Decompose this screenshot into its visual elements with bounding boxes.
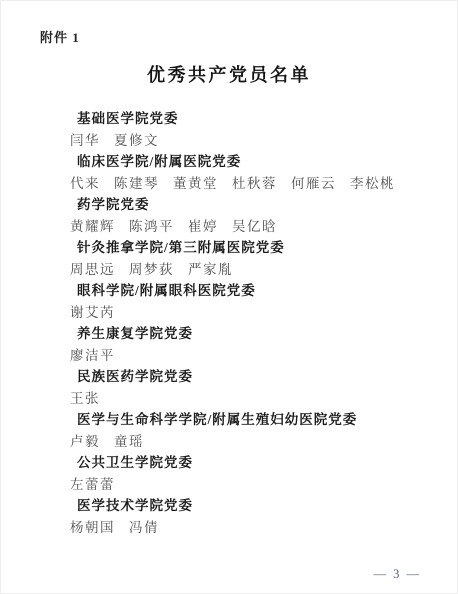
committee-section: 公共卫生学院党委 左蕾蕾 bbox=[0, 452, 458, 495]
committee-section: 临床医学院/附属医院党委 代来陈建琴董黄堂杜秋蓉何雁云李松桃 bbox=[0, 151, 458, 194]
member-names-row: 周思远周梦荻严家胤 bbox=[70, 259, 458, 281]
member-name: 周梦荻 bbox=[129, 262, 174, 277]
committee-section: 针灸推拿学院/第三附属医院党委 周思远周梦荻严家胤 bbox=[0, 237, 458, 280]
committee-heading: 眼科学院/附属眼科医院党委 bbox=[77, 280, 458, 302]
member-name: 李松桃 bbox=[350, 176, 395, 191]
member-name: 陈建琴 bbox=[114, 176, 159, 191]
committee-heading: 基础医学院党委 bbox=[77, 108, 458, 130]
member-names-row: 谢艾芮 bbox=[70, 302, 458, 324]
committee-section: 医学与生命科学学院/附属生殖妇幼医院党委 卢毅童瑶 bbox=[0, 409, 458, 452]
page-number: — 3 — bbox=[374, 567, 422, 582]
member-name: 代来 bbox=[70, 176, 100, 191]
member-name: 卢毅 bbox=[70, 434, 100, 449]
committee-heading: 民族医药学院党委 bbox=[77, 366, 458, 388]
committee-heading: 针灸推拿学院/第三附属医院党委 bbox=[77, 237, 458, 259]
committee-section: 眼科学院/附属眼科医院党委 谢艾芮 bbox=[0, 280, 458, 323]
member-name: 崔婷 bbox=[188, 219, 218, 234]
committee-section: 民族医药学院党委 王张 bbox=[0, 366, 458, 409]
member-name: 闫华 bbox=[70, 133, 100, 148]
member-name: 周思远 bbox=[70, 262, 115, 277]
member-name: 王张 bbox=[70, 391, 100, 406]
member-names-row: 廖洁平 bbox=[70, 345, 458, 367]
member-names-row: 黄耀辉陈鸿平崔婷吴亿晗 bbox=[70, 216, 458, 238]
member-name: 严家胤 bbox=[188, 262, 233, 277]
committee-heading: 临床医学院/附属医院党委 bbox=[77, 151, 458, 173]
member-names-row: 卢毅童瑶 bbox=[70, 431, 458, 453]
member-name: 谢艾芮 bbox=[70, 305, 115, 320]
committee-section: 基础医学院党委 闫华夏修文 bbox=[0, 108, 458, 151]
committee-heading: 医学与生命科学学院/附属生殖妇幼医院党委 bbox=[77, 409, 458, 431]
committee-section: 养生康复学院党委 廖洁平 bbox=[0, 323, 458, 366]
page-title: 优秀共产党员名单 bbox=[0, 61, 458, 87]
member-name: 夏修文 bbox=[114, 133, 159, 148]
attachment-label: 附件 1 bbox=[40, 27, 80, 46]
committee-heading: 药学院党委 bbox=[77, 194, 458, 216]
member-name: 何雁云 bbox=[291, 176, 336, 191]
committee-heading: 养生康复学院党委 bbox=[77, 323, 458, 345]
member-name: 童瑶 bbox=[114, 434, 144, 449]
member-name: 吴亿晗 bbox=[232, 219, 277, 234]
member-name: 左蕾蕾 bbox=[70, 477, 115, 492]
member-name: 廖洁平 bbox=[70, 348, 115, 363]
committee-sections-list: 基础医学院党委 闫华夏修文 临床医学院/附属医院党委 代来陈建琴董黄堂杜秋蓉何雁… bbox=[0, 108, 458, 538]
member-names-row: 左蕾蕾 bbox=[70, 474, 458, 496]
member-name: 冯倩 bbox=[129, 520, 159, 535]
member-name: 陈鸿平 bbox=[129, 219, 174, 234]
document-page: 附件 1 优秀共产党员名单 基础医学院党委 闫华夏修文 临床医学院/附属医院党委… bbox=[0, 0, 458, 594]
member-name: 杨朝国 bbox=[70, 520, 115, 535]
committee-heading: 医学技术学院党委 bbox=[77, 495, 458, 517]
member-names-row: 杨朝国冯倩 bbox=[70, 517, 458, 539]
member-name: 杜秋蓉 bbox=[232, 176, 277, 191]
member-name: 黄耀辉 bbox=[70, 219, 115, 234]
member-names-row: 闫华夏修文 bbox=[70, 130, 458, 152]
member-names-row: 王张 bbox=[70, 388, 458, 410]
committee-heading: 公共卫生学院党委 bbox=[77, 452, 458, 474]
committee-section: 药学院党委 黄耀辉陈鸿平崔婷吴亿晗 bbox=[0, 194, 458, 237]
committee-section: 医学技术学院党委 杨朝国冯倩 bbox=[0, 495, 458, 538]
member-name: 董黄堂 bbox=[173, 176, 218, 191]
member-names-row: 代来陈建琴董黄堂杜秋蓉何雁云李松桃 bbox=[70, 173, 458, 195]
